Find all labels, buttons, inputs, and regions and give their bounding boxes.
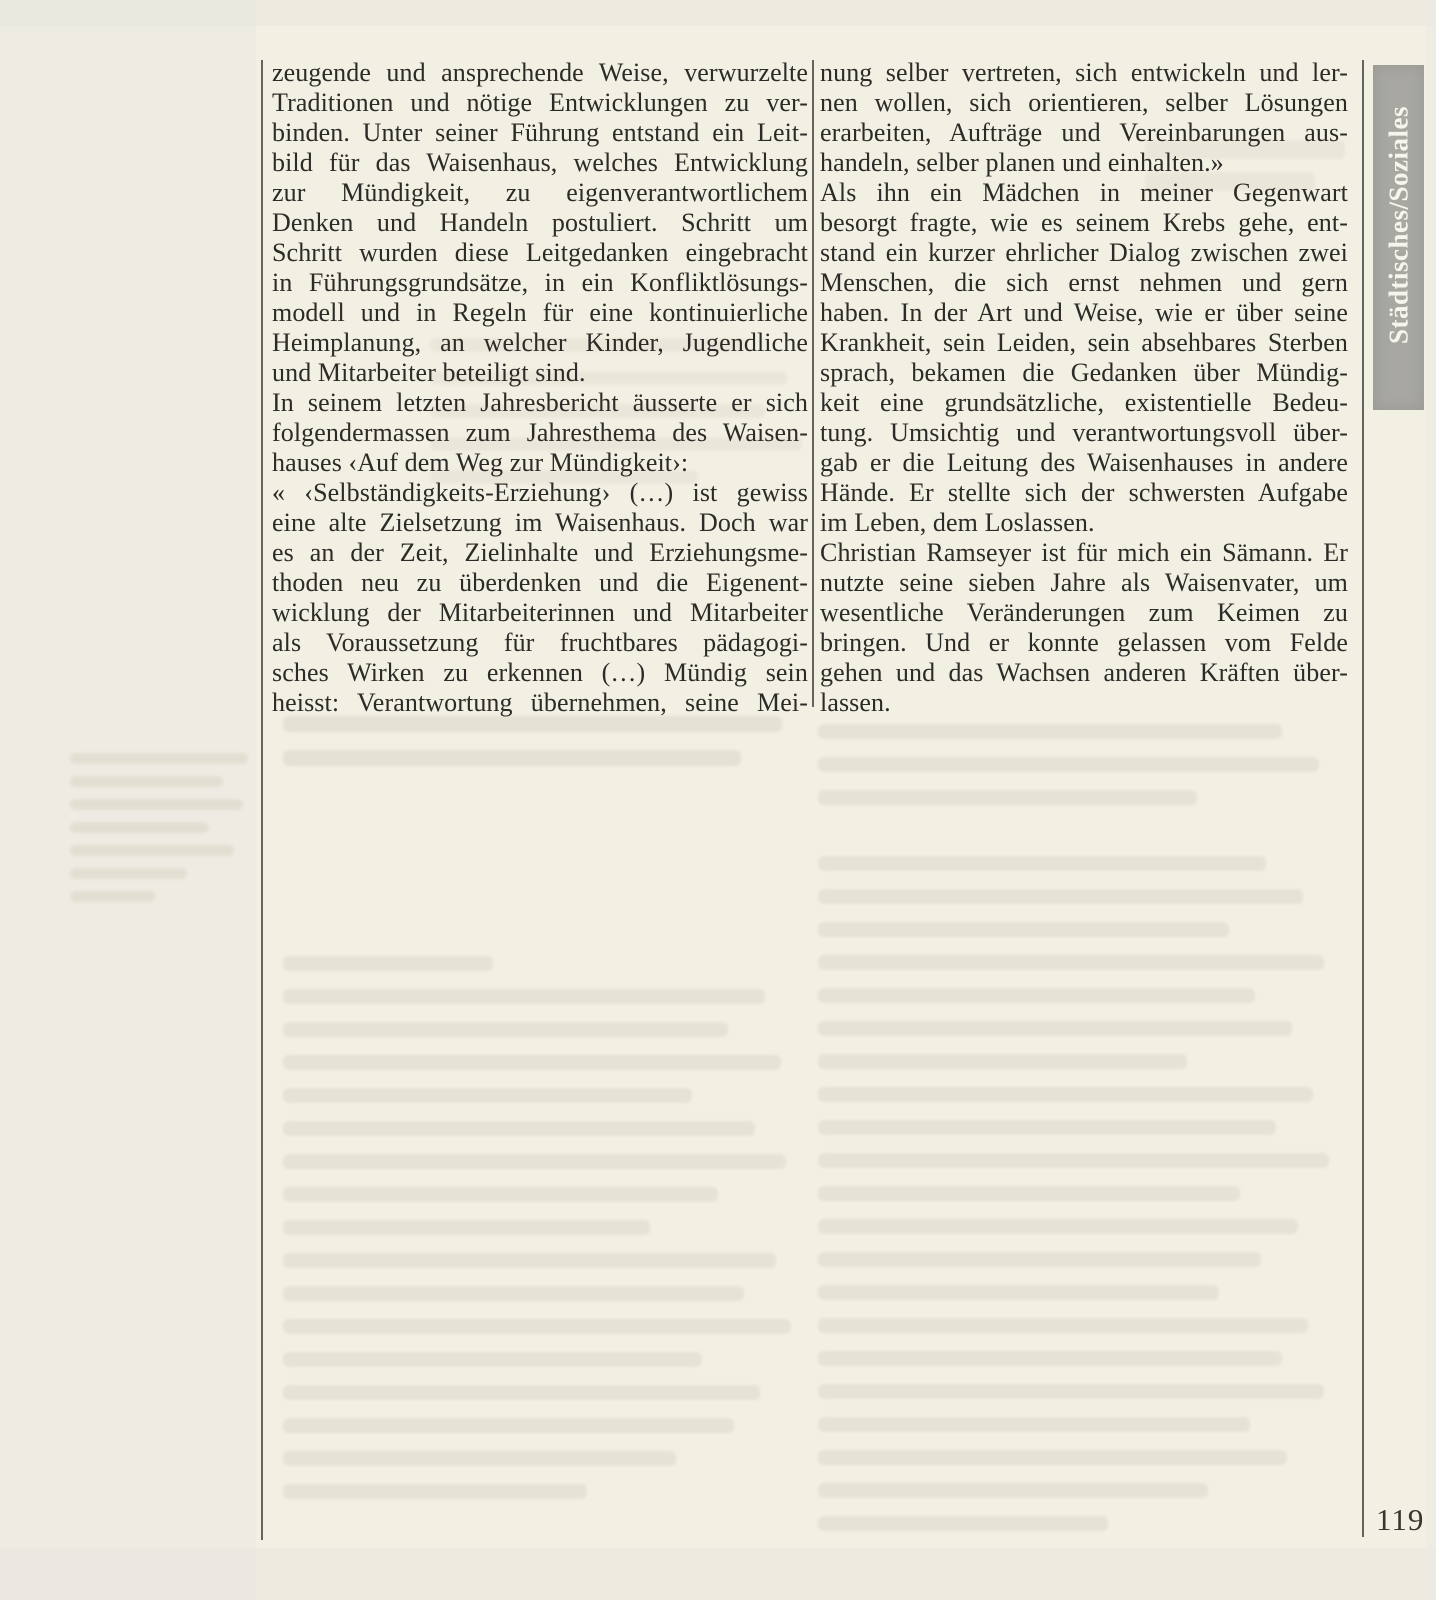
text-line: heisst: Verantwortung übernehmen, seine …: [272, 688, 808, 718]
text-line: hauses ‹Auf dem Weg zur Mündigkeit›:: [272, 448, 808, 478]
text-line: Menschen, die sich ernst nehmen und gern: [820, 268, 1348, 298]
text-line: In seinem letzten Jahresbericht äusserte…: [272, 388, 808, 418]
ghost-text-line: [818, 1516, 1108, 1531]
ghost-text-line: [818, 790, 1197, 805]
ghost-text-line: [818, 1219, 1298, 1234]
text-line: als Voraussetzung für fruchtbares pädago…: [272, 628, 808, 658]
below-left-column-ghost: [283, 716, 803, 784]
ghost-text-line: [283, 1022, 728, 1037]
text-line: bringen. Und er konnte gelassen vom Feld…: [820, 628, 1348, 658]
ghost-text-line: [818, 922, 1229, 937]
text-line: wicklung der Mitarbeiterinnen und Mitarb…: [272, 598, 808, 628]
ghost-text-line: [818, 1120, 1276, 1135]
text-column-left: zeugende und ansprechende Weise, verwurz…: [272, 58, 808, 718]
ghost-text-line: [818, 955, 1324, 970]
text-line: tung. Umsichtig und verantwortungsvoll ü…: [820, 418, 1348, 448]
ghost-text-line: [818, 988, 1255, 1003]
text-line: folgendermassen zum Jahresthema des Wais…: [272, 418, 808, 448]
ghost-text-line: [70, 822, 209, 833]
text-column-right: nung selber vertreten, sich entwickeln u…: [820, 58, 1348, 718]
text-line: und Mitarbeiter beteiligt sind.: [272, 358, 808, 388]
ghost-text-line: [818, 1285, 1219, 1300]
text-line: handeln, selber planen und einhalten.»: [820, 148, 1348, 178]
text-line: erarbeiten, Aufträge und Vereinbarungen …: [820, 118, 1348, 148]
text-line: nung selber vertreten, sich entwickeln u…: [820, 58, 1348, 88]
ghost-text-line: [818, 1021, 1292, 1036]
text-line: lassen.: [820, 688, 1348, 718]
margin-caption-ghost: [70, 753, 248, 914]
text-line: in Führungsgrundsätze, in ein Konfliktlö…: [272, 268, 808, 298]
text-line: zeugende und ansprechende Weise, verwurz…: [272, 58, 808, 88]
text-line: modell und in Regeln für eine kontinuier…: [272, 298, 808, 328]
section-tab: Städtisches/Soziales: [1373, 65, 1424, 410]
right-lower-ghost: [818, 724, 1345, 1549]
ghost-text-line: [283, 1418, 734, 1433]
scan-shading-bottom: [0, 1548, 1436, 1600]
ghost-text-line: [818, 724, 1282, 739]
ghost-text-line: [283, 750, 741, 766]
text-line: « ‹Selbständigkeits-Erziehung› (…) ist g…: [272, 478, 808, 508]
ghost-text-line: [818, 1450, 1287, 1465]
text-line: besorgt fragte, wie es seinem Krebs gehe…: [820, 208, 1348, 238]
ghost-text-line: [283, 1220, 650, 1235]
center-lower-ghost: [283, 956, 807, 1517]
page-number: 119: [1376, 1502, 1424, 1538]
scanned-book-page: { "page": { "number": "119", "section_ta…: [0, 0, 1436, 1600]
text-line: gab er die Leitung des Waisenhauses in a…: [820, 448, 1348, 478]
ghost-text-line: [70, 753, 248, 764]
text-line: wesentliche Veränderungen zum Keimen zu: [820, 598, 1348, 628]
ghost-text-line: [283, 1055, 781, 1070]
text-line: binden. Unter seiner Führung entstand ei…: [272, 118, 808, 148]
ghost-text-line: [283, 1187, 718, 1202]
scan-shading-top: [0, 0, 1436, 26]
text-line: haben. In der Art und Weise, wie er über…: [820, 298, 1348, 328]
ghost-text-line: [70, 868, 187, 879]
text-line: nen wollen, sich orientieren, selber Lös…: [820, 88, 1348, 118]
ghost-text-line: [818, 1252, 1261, 1267]
ghost-text-line: [283, 1154, 786, 1169]
ghost-text-line: [283, 956, 493, 971]
text-line: Christian Ramseyer ist für mich ein Säma…: [820, 538, 1348, 568]
text-line: Traditionen und nötige Entwicklungen zu …: [272, 88, 808, 118]
text-line: Als ihn ein Mädchen in meiner Gegenwart: [820, 178, 1348, 208]
ghost-text-line: [283, 1451, 676, 1466]
text-line: gehen und das Wachsen anderen Kräften üb…: [820, 658, 1348, 688]
ghost-text-line: [818, 889, 1303, 904]
ghost-text-line: [283, 1088, 692, 1103]
ghost-text-line: [818, 1417, 1250, 1432]
ghost-text-line: [283, 1319, 791, 1334]
text-line: thoden neu zu überdenken und die Eigenen…: [272, 568, 808, 598]
section-tab-label: Städtisches/Soziales: [1383, 106, 1414, 344]
ghost-text-line: [818, 1186, 1240, 1201]
text-line: bild für das Waisenhaus, welches Entwick…: [272, 148, 808, 178]
ghost-text-line: [283, 1121, 755, 1136]
text-line: keit eine grundsätzliche, existentielle …: [820, 388, 1348, 418]
ghost-text-line: [70, 891, 155, 902]
ghost-text-line: [818, 1087, 1313, 1102]
ghost-text-line: [70, 845, 234, 856]
text-line: zur Mündigkeit, zu eigenverantwortlichem: [272, 178, 808, 208]
ghost-text-line: [818, 1153, 1329, 1168]
text-line: stand ein kurzer ehrlicher Dialog zwisch…: [820, 238, 1348, 268]
ghost-text-line: [283, 1286, 744, 1301]
ghost-text-line: [818, 757, 1319, 772]
ghost-text-line: [283, 716, 782, 732]
text-line: Hände. Er stellte sich der schwersten Au…: [820, 478, 1348, 508]
text-line: Denken und Handeln postuliert. Schritt u…: [272, 208, 808, 238]
text-line: sches Wirken zu erkennen (…) Mündig sein: [272, 658, 808, 688]
ghost-text-line: [283, 989, 765, 1004]
ghost-text-line: [818, 856, 1266, 871]
ghost-text-line: [283, 1484, 587, 1499]
ghost-text-line: [818, 1054, 1187, 1069]
ghost-text-line: [818, 1483, 1208, 1498]
ghost-text-line: [70, 776, 223, 787]
text-line: Krankheit, sein Leiden, sein absehbares …: [820, 328, 1348, 358]
middle-column-rule: [812, 60, 814, 707]
text-line: Schritt wurden diese Leitgedanken eingeb…: [272, 238, 808, 268]
text-line: im Leben, dem Loslassen.: [820, 508, 1348, 538]
ghost-text-line: [818, 1351, 1282, 1366]
text-line: Heimplanung, an welcher Kinder, Jugendli…: [272, 328, 808, 358]
ghost-text-line: [818, 1318, 1308, 1333]
ghost-text-line: [283, 1352, 702, 1367]
text-line: sprach, bekamen die Gedanken über Mündig…: [820, 358, 1348, 388]
ghost-text-line: [283, 1253, 776, 1268]
left-column-rule: [261, 60, 263, 1540]
right-column-rule: [1362, 60, 1364, 1537]
ghost-text-line: [283, 1385, 760, 1400]
ghost-text-line: [70, 799, 243, 810]
scan-shading-right: [1426, 0, 1436, 1600]
text-line: nutzte seine sieben Jahre als Waisenvate…: [820, 568, 1348, 598]
ghost-text-line: [818, 1384, 1324, 1399]
text-line: eine alte Zielsetzung im Waisenhaus. Doc…: [272, 508, 808, 538]
text-line: es an der Zeit, Zielinhalte und Erziehun…: [272, 538, 808, 568]
